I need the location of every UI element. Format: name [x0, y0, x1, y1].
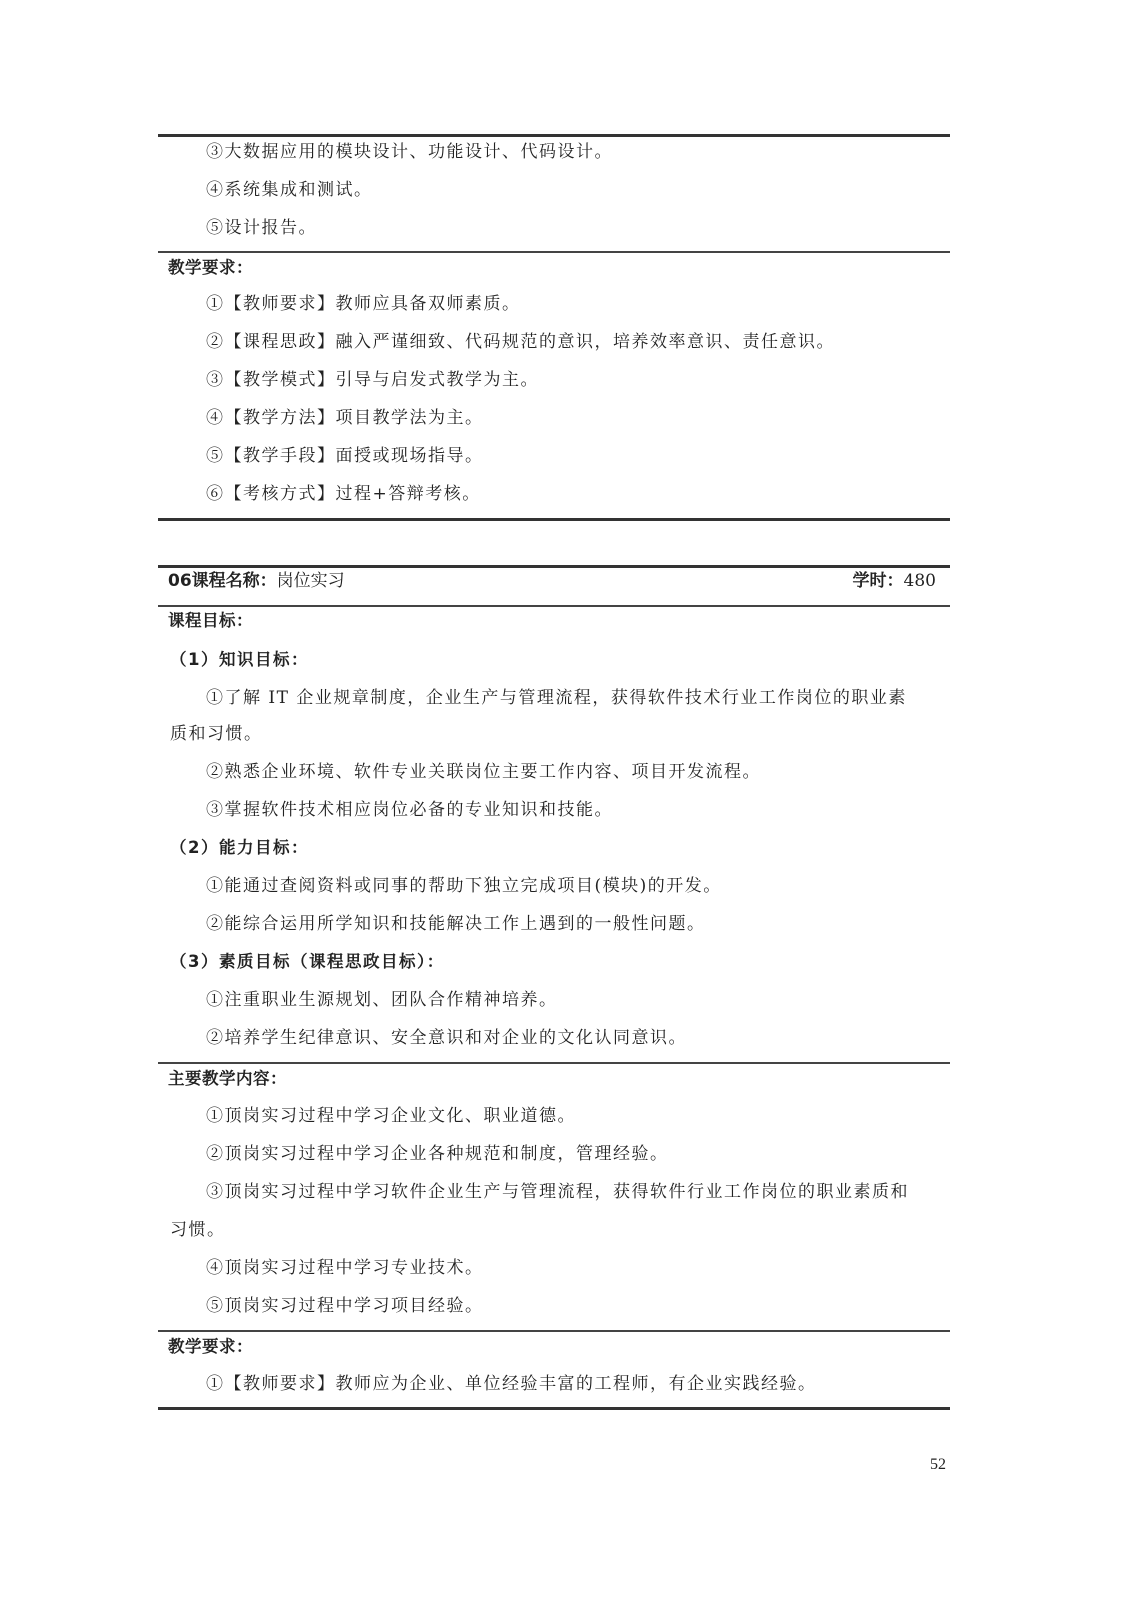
- requirement-item: ④【教学方法】项目教学法为主。: [158, 406, 950, 430]
- content-item: ①顶岗实习过程中学习企业文化、职业道德。: [158, 1104, 950, 1128]
- hours-label: 学时：: [853, 571, 904, 591]
- hours-value: 480: [904, 571, 936, 591]
- table-top-rule: [158, 134, 950, 137]
- goal-item-continued: 质和习惯。: [158, 722, 950, 746]
- teaching-requirements-heading: 教学要求：: [158, 256, 950, 280]
- content-item: ③大数据应用的模块设计、功能设计、代码设计。: [158, 140, 950, 164]
- goal-item: ②能综合运用所学知识和技能解决工作上遇到的一般性问题。: [158, 912, 950, 936]
- quality-goals-heading: （3）素质目标（课程思政目标）：: [158, 950, 950, 974]
- requirement-item: ⑥【考核方式】过程+答辩考核。: [158, 482, 950, 506]
- section-divider: [158, 1330, 950, 1332]
- document-page: ③大数据应用的模块设计、功能设计、代码设计。 ④系统集成和测试。 ⑤设计报告。 …: [0, 0, 1131, 1600]
- knowledge-goals-heading: （1）知识目标：: [158, 648, 950, 672]
- goal-item: ③掌握软件技术相应岗位必备的专业知识和技能。: [158, 798, 950, 822]
- goal-item: ②熟悉企业环境、软件专业关联岗位主要工作内容、项目开发流程。: [158, 760, 950, 784]
- requirement-item: ③【教学模式】引导与启发式教学为主。: [158, 368, 950, 392]
- requirement-item: ②【课程思政】融入严谨细致、代码规范的意识，培养效率意识、责任意识。: [158, 330, 950, 354]
- content-item: ④系统集成和测试。: [158, 178, 950, 202]
- requirement-item: ⑤【教学手段】面授或现场指导。: [158, 444, 950, 468]
- course-goals-heading: 课程目标：: [158, 609, 950, 633]
- content-item: ②顶岗实习过程中学习企业各种规范和制度，管理经验。: [158, 1142, 950, 1166]
- main-content-heading: 主要教学内容：: [158, 1067, 950, 1091]
- section-divider: [158, 251, 950, 253]
- course-number: 06: [168, 571, 192, 591]
- content-item: ③顶岗实习过程中学习软件企业生产与管理流程，获得软件行业工作岗位的职业素质和: [158, 1180, 950, 1204]
- goal-item: ②培养学生纪律意识、安全意识和对企业的文化认同意识。: [158, 1026, 950, 1050]
- course-name-value: 岗位实习: [277, 571, 345, 591]
- teaching-requirements-heading: 教学要求：: [158, 1335, 950, 1359]
- goal-item: ①了解 IT 企业规章制度，企业生产与管理流程，获得软件技术行业工作岗位的职业素: [158, 686, 950, 710]
- requirement-item: ①【教师要求】教师应为企业、单位经验丰富的工程师，有企业实践经验。: [158, 1372, 950, 1396]
- goal-item: ①能通过查阅资料或同事的帮助下独立完成项目(模块)的开发。: [158, 874, 950, 898]
- section-divider: [158, 605, 950, 607]
- course-name-label: 课程名称：: [192, 571, 277, 591]
- content-item-continued: 习惯。: [158, 1218, 950, 1242]
- table-bottom-rule: [158, 518, 950, 521]
- course-hours: 学时：480: [853, 568, 936, 594]
- table-bottom-rule: [158, 1407, 950, 1410]
- ability-goals-heading: （2）能力目标：: [158, 836, 950, 860]
- content-item: ⑤顶岗实习过程中学习项目经验。: [158, 1294, 950, 1318]
- page-number: 52: [930, 1456, 946, 1474]
- goal-item: ①注重职业生源规划、团队合作精神培养。: [158, 988, 950, 1012]
- requirement-item: ①【教师要求】教师应具备双师素质。: [158, 292, 950, 316]
- course-name: 06课程名称：岗位实习: [168, 568, 345, 594]
- content-item: ④顶岗实习过程中学习专业技术。: [158, 1256, 950, 1280]
- section-divider: [158, 1062, 950, 1064]
- course-title-row: 06课程名称：岗位实习 学时：480: [158, 568, 950, 594]
- content-item: ⑤设计报告。: [158, 216, 950, 240]
